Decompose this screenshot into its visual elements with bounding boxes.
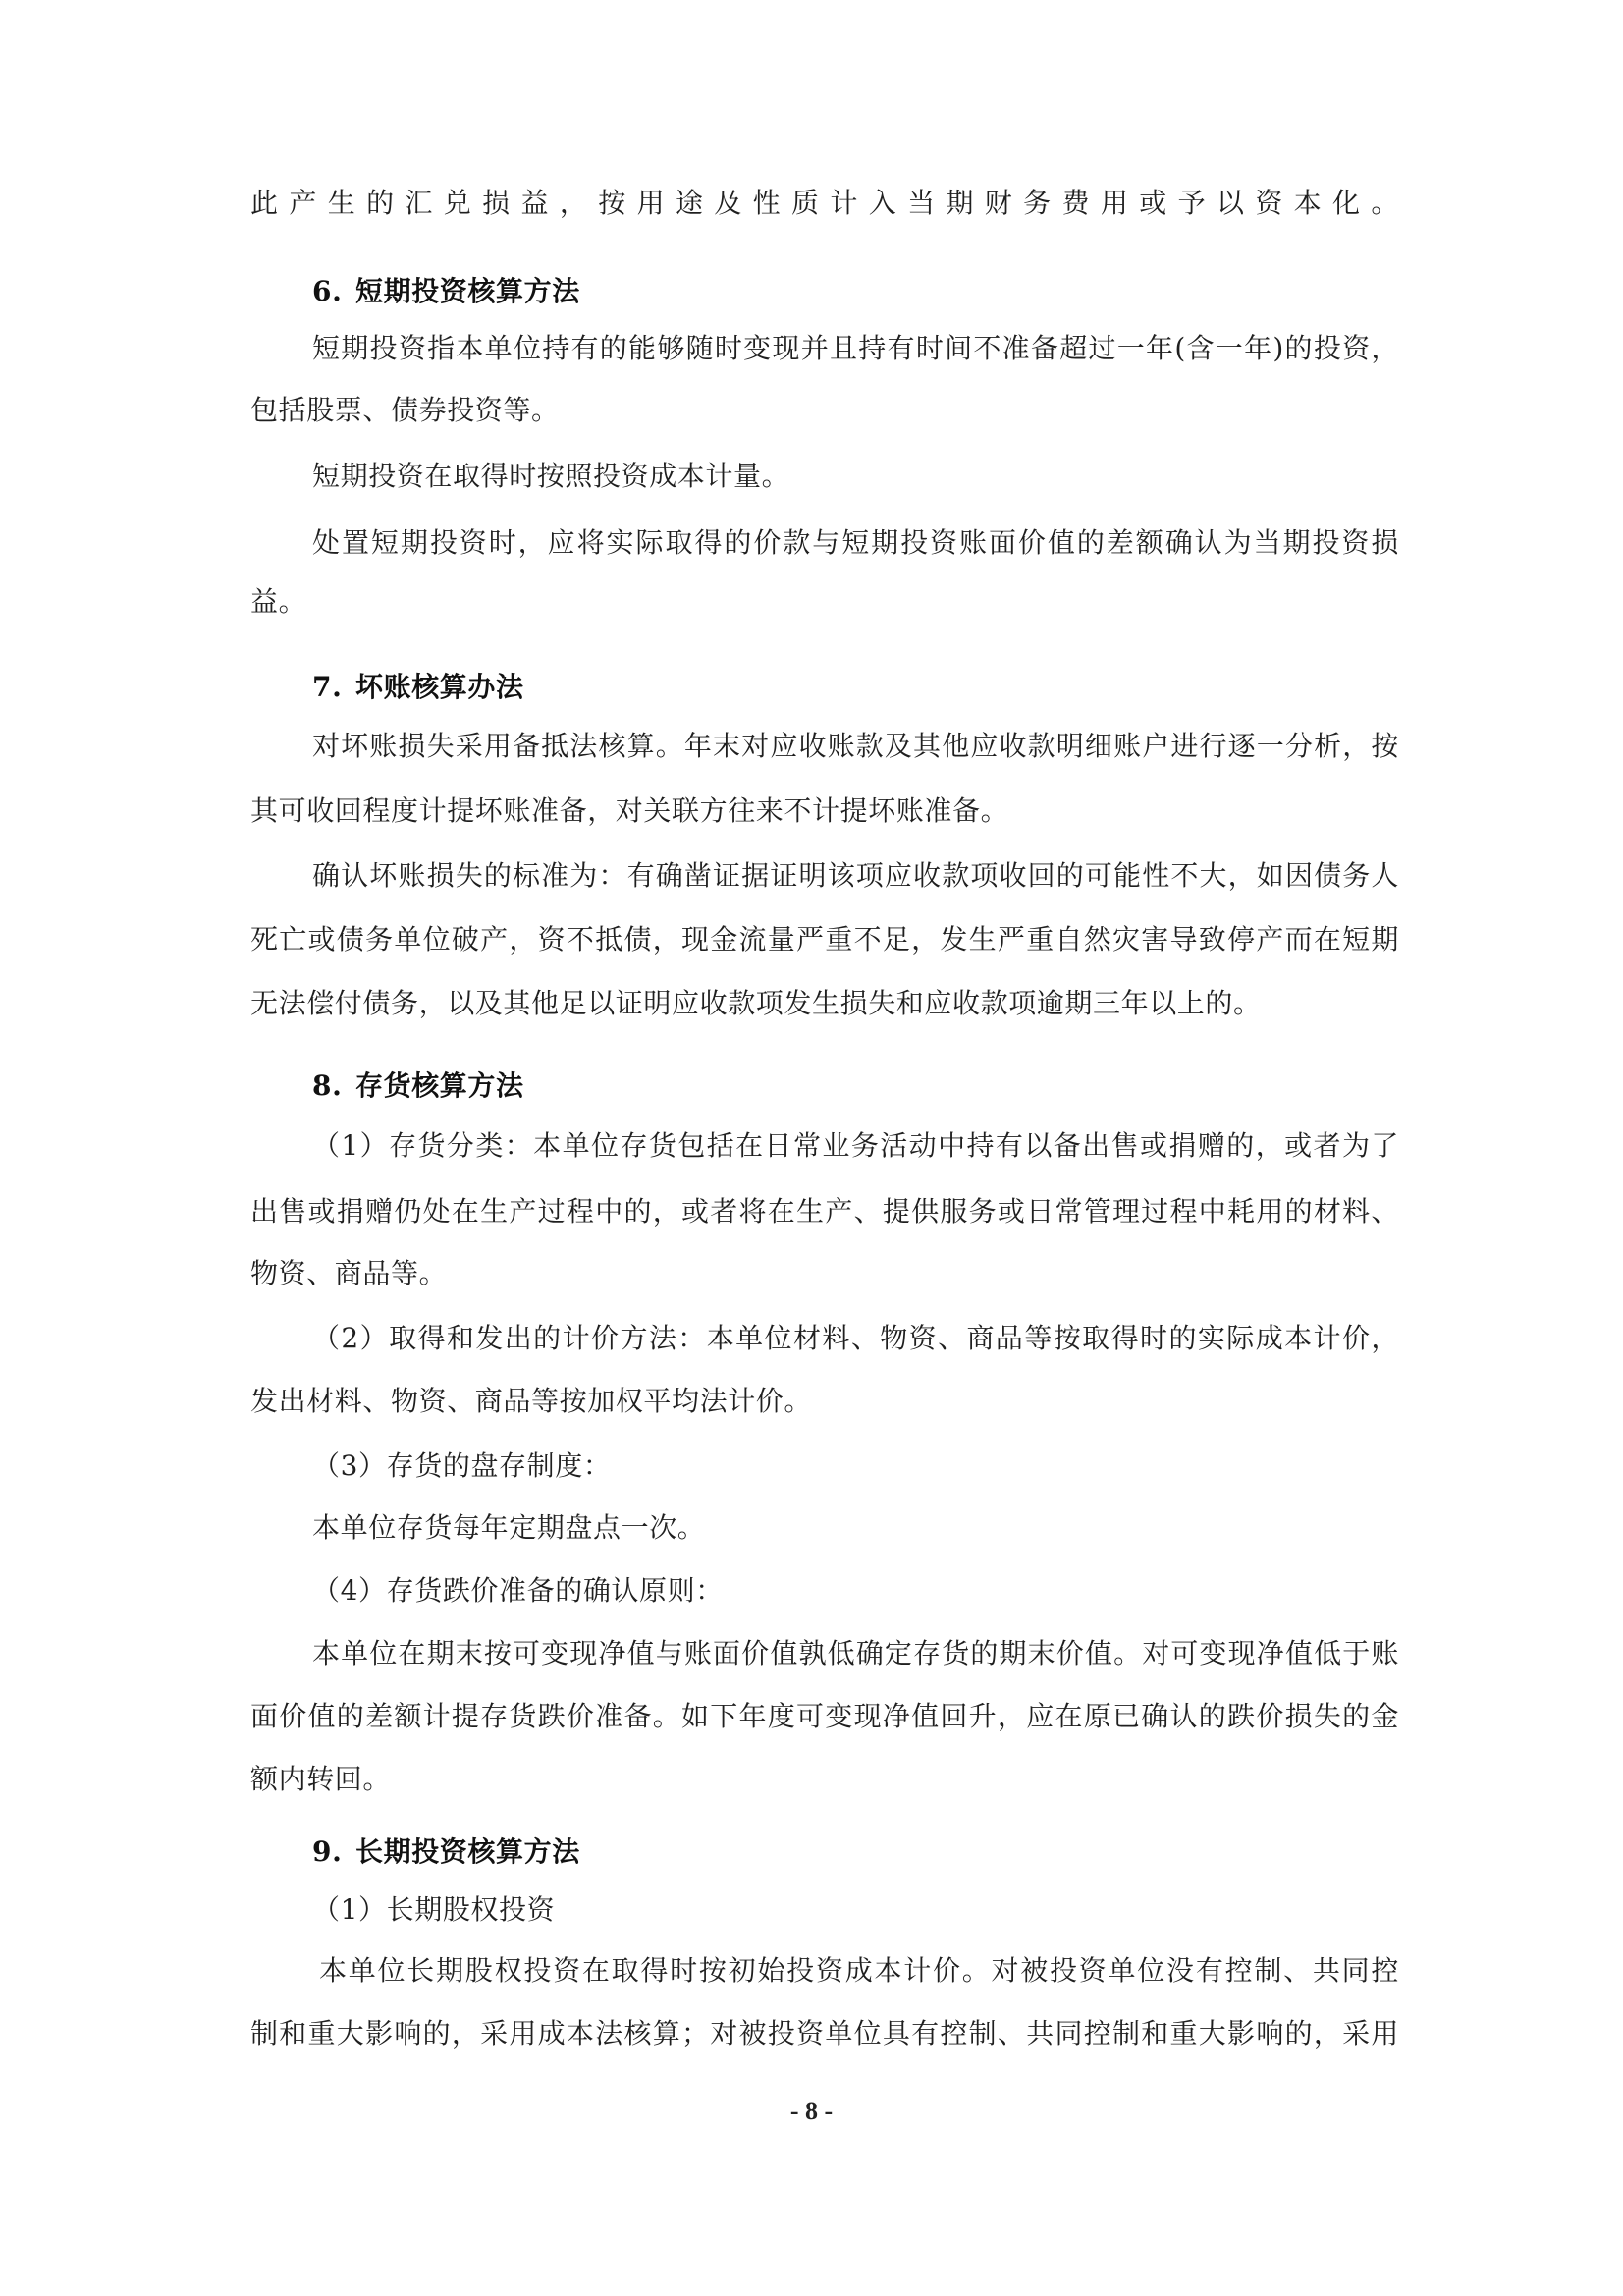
document-page: 此产生的汇兑损益，按用途及性质计入当期财务费用或予以资本化。 6.短期投资核算方… (0, 0, 1623, 2296)
subsection-heading: （1）长期股权投资 (312, 1892, 1399, 1928)
paragraph-line: （3）存货的盘存制度： (312, 1449, 1399, 1484)
paragraph-line: 短期投资在取得时按照投资成本计量。 (312, 459, 1399, 494)
paragraph-line: 益。 (250, 584, 1399, 620)
paragraph-line: 其可收回程度计提坏账准备，对关联方往来不计提坏账准备。 (250, 793, 1399, 829)
section-heading-7: 7.坏账核算办法 (312, 670, 524, 705)
paragraph-line: 物资、商品等。 (250, 1256, 1399, 1291)
section-number: 9. (312, 1834, 355, 1870)
section-title: 长期投资核算方法 (355, 1835, 580, 1868)
section-title: 坏账核算办法 (355, 671, 524, 703)
section-number: 6. (312, 274, 355, 309)
paragraph-line: 短期投资指本单位持有的能够随时变现并且持有时间不准备超过一年(含一年)的投资， (312, 331, 1399, 366)
paragraph-line: （2）取得和发出的计价方法：本单位材料、物资、商品等按取得时的实际成本计价， (312, 1321, 1399, 1356)
section-title: 存货核算方法 (355, 1069, 524, 1102)
section-number: 8. (312, 1068, 355, 1104)
page-number: - 8 - (0, 2096, 1623, 2127)
paragraph-line: 包括股票、债券投资等。 (250, 393, 1399, 428)
paragraph-line: 出售或捐赠仍处在生产过程中的，或者将在生产、提供服务或日常管理过程中耗用的材料、 (250, 1194, 1399, 1230)
section-heading-6: 6.短期投资核算方法 (312, 274, 580, 309)
section-heading-9: 9.长期投资核算方法 (312, 1834, 580, 1870)
section-number: 7. (312, 670, 355, 705)
paragraph-line: 本单位存货每年定期盘点一次。 (312, 1510, 1399, 1546)
paragraph-line: 处置短期投资时，应将实际取得的价款与短期投资账面价值的差额确认为当期投资损 (312, 525, 1399, 561)
paragraph-line: 本单位长期股权投资在取得时按初始投资成本计价。对被投资单位没有控制、共同控 (319, 1953, 1399, 1989)
paragraph-line: 此产生的汇兑损益，按用途及性质计入当期财务费用或予以资本化。 (250, 186, 1399, 221)
paragraph-line: 对坏账损失采用备抵法核算。年末对应收账款及其他应收款明细账户进行逐一分析，按 (312, 729, 1399, 764)
paragraph-line: 额内转回。 (250, 1762, 1399, 1797)
paragraph-line: 本单位在期末按可变现净值与账面价值孰低确定存货的期末价值。对可变现净值低于账 (312, 1636, 1399, 1671)
paragraph-line: 确认坏账损失的标准为：有确凿证据证明该项应收款项收回的可能性不大，如因债务人 (312, 858, 1399, 894)
paragraph-line: 制和重大影响的，采用成本法核算；对被投资单位具有控制、共同控制和重大影响的，采用 (250, 2016, 1399, 2051)
paragraph-line: 无法偿付债务，以及其他足以证明应收款项发生损失和应收款项逾期三年以上的。 (250, 986, 1399, 1021)
paragraph-line: 死亡或债务单位破产，资不抵债，现金流量严重不足，发生严重自然灾害导致停产而在短期 (250, 922, 1399, 957)
paragraph-line: 发出材料、物资、商品等按加权平均法计价。 (250, 1384, 1399, 1419)
paragraph-line: （1）存货分类：本单位存货包括在日常业务活动中持有以备出售或捐赠的，或者为了 (312, 1128, 1399, 1164)
paragraph-line: 面价值的差额计提存货跌价准备。如下年度可变现净值回升，应在原已确认的跌价损失的金 (250, 1699, 1399, 1734)
section-heading-8: 8.存货核算方法 (312, 1068, 524, 1104)
section-title: 短期投资核算方法 (355, 275, 580, 307)
paragraph-line: （4）存货跌价准备的确认原则： (312, 1573, 1399, 1609)
